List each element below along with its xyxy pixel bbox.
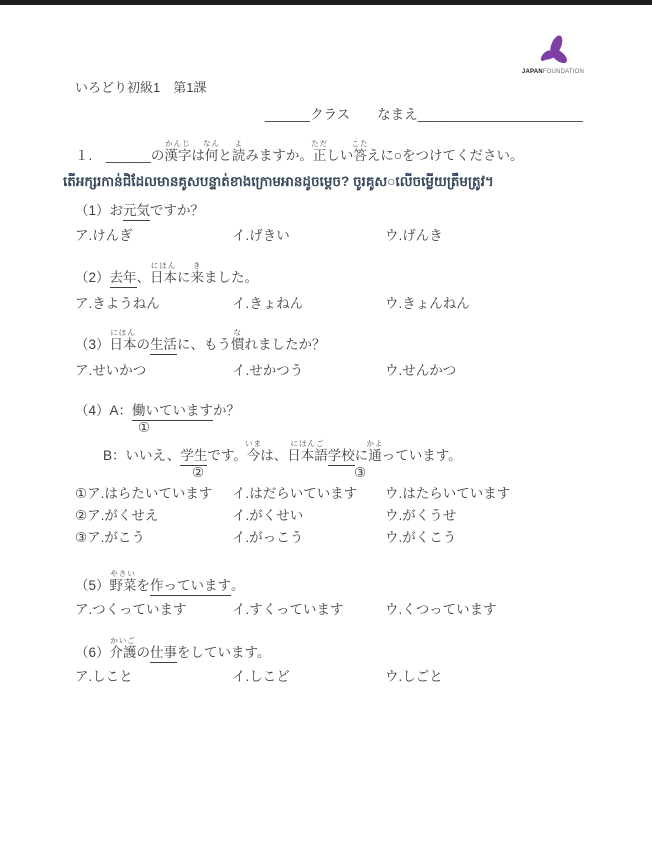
option-a: ア.せいかつ — [75, 363, 232, 379]
underlined-segment: 学校 — [328, 448, 355, 466]
furigana: かんじ — [165, 140, 191, 148]
option-i: イ.はだらいています — [232, 486, 385, 502]
ruby-segment: 漢字かんじ — [164, 148, 191, 164]
ruby-segment: 日本にほん — [110, 337, 137, 353]
ruby-segment: 慣な — [231, 337, 245, 353]
text-segment: です。 — [207, 448, 246, 464]
text-segment: 、 — [137, 270, 151, 286]
text-segment: クラス — [310, 107, 350, 123]
furigana: き — [193, 262, 202, 270]
logo-wordmark: JAPANFOUNDATION — [520, 69, 586, 75]
text-segment: れましたか？ — [245, 337, 326, 353]
text-segment: （2） — [75, 270, 110, 286]
furigana: なん — [203, 140, 220, 148]
option-a: ②ア.がくせえ — [75, 508, 232, 524]
question-3-text: （3）日本にほんの生活に、もう慣なれましたか？ — [75, 337, 326, 355]
furigana: かいご — [110, 637, 136, 645]
text-segment: ______ — [106, 148, 151, 164]
question-2-options: ア.きようねん イ.きょねん ウ.きょんねん — [75, 296, 470, 312]
text-segment: 。 — [231, 578, 245, 594]
option-i: イ.せかつう — [232, 363, 385, 379]
text-segment: （1）お — [75, 203, 123, 219]
text-segment: は、 — [260, 448, 287, 464]
text-segment: しい — [326, 148, 353, 164]
text-segment: に — [355, 448, 369, 464]
question-4-line-b: B：いいえ、学生です。今いまは、日本語にほんご学校に通かよっています。 — [103, 448, 462, 466]
question-6-text: （6）介護かいごの仕事をしています。 — [75, 645, 270, 663]
worksheet-page: JAPANFOUNDATION いろどり初級1 第1課 ______クラス なま… — [0, 0, 652, 845]
option-a: ア.けんぎ — [75, 228, 232, 244]
ruby-segment: 野菜やさい — [110, 578, 137, 594]
text-segment: は — [191, 148, 205, 164]
ruby-segment: 正ただ — [313, 148, 327, 164]
question-1-text: （1）お元気ですか？ — [75, 203, 204, 221]
furigana: やさい — [110, 570, 136, 578]
ruby-segment: 来き — [191, 270, 205, 286]
ruby-segment: 通かよ — [368, 448, 382, 464]
option-u: ウ.きょんねん — [385, 296, 470, 312]
furigana: にほんご — [291, 440, 325, 448]
circled-number-2: ② — [192, 465, 204, 481]
question-4-line-a: （4）A：働いていますか？ — [75, 403, 240, 421]
text-segment: か？ — [213, 403, 240, 419]
ruby-segment: 何なん — [205, 148, 219, 164]
option-a: ア.きようねん — [75, 296, 232, 312]
furigana: な — [234, 329, 243, 337]
text-segment: B：いいえ、 — [103, 448, 180, 464]
logo-text-japan: JAPAN — [522, 69, 543, 75]
option-u: ウ.げんき — [385, 228, 443, 244]
text-segment: ました。 — [204, 270, 258, 286]
text-segment: （5） — [75, 578, 110, 594]
question-5-options: ア.つくっています イ.すくっています ウ.くつっています — [75, 602, 497, 618]
text-segment: ですか？ — [150, 203, 204, 219]
underlined-segment: 生活 — [150, 337, 177, 355]
question-4-options-2: ②ア.がくせえ イ.がくせい ウ.がくうせ — [75, 508, 456, 524]
text-segment: みますか。 — [245, 148, 313, 164]
furigana: よ — [234, 140, 243, 148]
furigana: にほん — [110, 329, 136, 337]
text-segment: の — [137, 645, 151, 661]
underlined-segment: 作っています — [150, 578, 231, 596]
ruby-segment: 日本にほん — [150, 270, 177, 286]
underlined-segment: 去年 — [110, 270, 137, 288]
ruby-segment: 答こた — [353, 148, 367, 164]
circled-number-1: ① — [138, 420, 150, 436]
ruby-segment: 今いま — [247, 448, 261, 464]
text-segment: （3） — [75, 337, 110, 353]
option-a: ア.つくっています — [75, 602, 232, 618]
furigana: いま — [245, 440, 262, 448]
text-segment: を — [137, 578, 151, 594]
text-segment: ______________________ — [418, 107, 583, 123]
question-3-options: ア.せいかつ イ.せかつう ウ.せんかつ — [75, 363, 456, 379]
furigana: こた — [352, 140, 369, 148]
furigana: ただ — [311, 140, 328, 148]
text-segment: に — [177, 270, 191, 286]
question-4-options-3: ③ア.がこう イ.がっこう ウ.がくこう — [75, 530, 456, 546]
question-5-text: （5）野菜やさいを作っています。 — [75, 578, 245, 596]
question-2-text: （2）去年、日本にほんに来きました。 — [75, 270, 258, 288]
option-i: イ.がっこう — [232, 530, 385, 546]
text-segment: の — [137, 337, 151, 353]
option-a: ①ア.はらたいています — [75, 486, 232, 502]
underlined-segment: 学生 — [180, 448, 207, 466]
option-i: イ.きょねん — [232, 296, 385, 312]
text-segment: に、もう — [177, 337, 231, 353]
japan-foundation-logo: JAPANFOUNDATION — [520, 34, 586, 78]
option-u: ウ.がくこう — [385, 530, 456, 546]
ruby-segment: 介護かいご — [110, 645, 137, 661]
option-i: イ.げきい — [232, 228, 385, 244]
option-u: ウ.くつっています — [385, 602, 497, 618]
furigana: にほん — [151, 262, 177, 270]
option-u: ウ.はたらいています — [385, 486, 510, 502]
worksheet-title: いろどり初級1 第1課 — [75, 80, 206, 96]
logo-text-foundation: FOUNDATION — [543, 69, 584, 75]
text-segment: （6） — [75, 645, 110, 661]
option-u: ウ.しごと — [385, 669, 443, 685]
underlined-segment: 仕事 — [150, 645, 177, 663]
text-segment — [350, 107, 377, 123]
class-name-line: ______クラス なまえ______________________ — [265, 107, 583, 123]
text-segment: の — [151, 148, 165, 164]
top-border-bar — [0, 0, 652, 5]
ruby-segment: 日本語にほんご — [287, 448, 328, 464]
question-6-options: ア.しこと イ.しこど ウ.しごと — [75, 669, 443, 685]
underlined-segment: 元気 — [123, 203, 150, 221]
instruction-khmer: តើអក្សរកាន់ជិដែលមានគូសបន្ទាត់ខាងក្រោមអាន… — [63, 174, 494, 190]
text-segment: （4）A： — [75, 403, 132, 419]
text-segment: をしています。 — [177, 645, 270, 661]
option-a: ③ア.がこう — [75, 530, 232, 546]
circled-number-3: ③ — [354, 465, 366, 481]
underlined-segment: 働いています — [132, 403, 213, 421]
option-i: イ.しこど — [232, 669, 385, 685]
text-segment: ______ — [265, 107, 310, 123]
text-segment: と — [218, 148, 232, 164]
furigana: かよ — [367, 440, 384, 448]
text-segment: えに○をつけてください。 — [367, 148, 524, 164]
option-u: ウ.がくうせ — [385, 508, 456, 524]
question-1-options: ア.けんぎ イ.げきい ウ.げんき — [75, 228, 443, 244]
text-segment: なまえ — [377, 107, 418, 123]
butterfly-icon — [531, 34, 575, 68]
option-i: イ.がくせい — [232, 508, 385, 524]
question1-instruction-jp: １. ______の漢字かんじは何なんと読よみますか。正ただしい答こたえに○をつ… — [75, 148, 523, 164]
text-segment: １. — [75, 148, 106, 164]
question-4-options-1: ①ア.はらたいています イ.はだらいています ウ.はたらいています — [75, 486, 510, 502]
option-a: ア.しこと — [75, 669, 232, 685]
text-segment: っています。 — [382, 448, 462, 464]
ruby-segment: 読よ — [232, 148, 246, 164]
option-i: イ.すくっています — [232, 602, 385, 618]
option-u: ウ.せんかつ — [385, 363, 456, 379]
